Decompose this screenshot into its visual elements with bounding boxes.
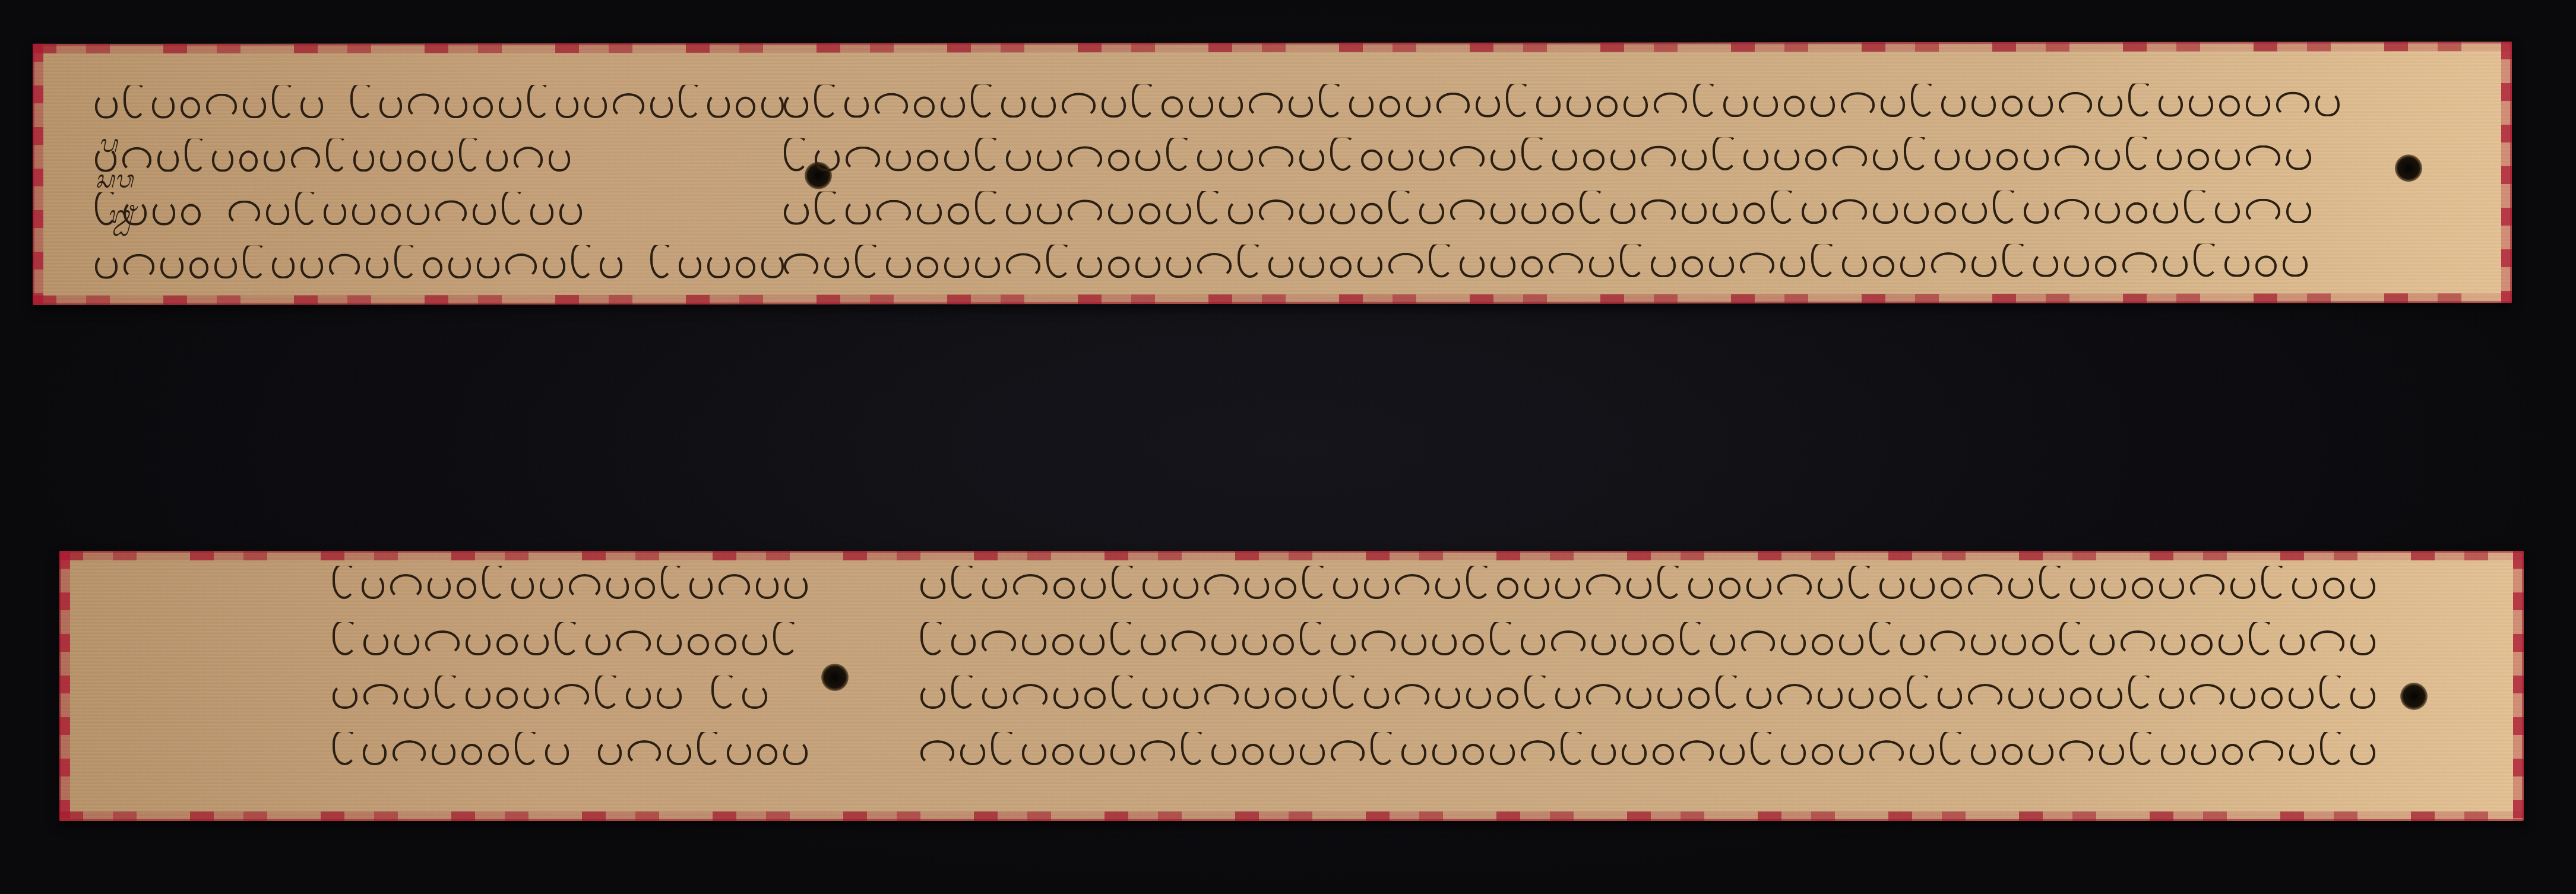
red-stained-edge [59, 551, 2524, 560]
script-text-block-left [333, 566, 808, 779]
script-line [784, 137, 2340, 175]
binding-hole [821, 664, 849, 691]
script-line [333, 732, 808, 769]
binding-hole [2395, 154, 2422, 182]
script-line [920, 676, 2375, 712]
script-line [920, 566, 2375, 603]
script-line [333, 566, 808, 603]
script-text-block-left [95, 85, 784, 281]
script-line [920, 732, 2375, 769]
script-line [333, 622, 808, 659]
red-stained-edge [33, 44, 43, 305]
binding-hole [2400, 683, 2428, 710]
script-line [95, 85, 784, 122]
red-stained-edge [59, 551, 70, 821]
script-line [784, 243, 2340, 281]
red-stained-edge [2501, 42, 2512, 303]
script-line [95, 245, 784, 283]
script-line [95, 138, 570, 176]
red-stained-edge [59, 811, 2524, 821]
palm-leaf-upper: ᬧ ᬲᬯ ᬐ [33, 42, 2512, 305]
red-stained-edge [33, 42, 2512, 53]
script-line [784, 190, 2340, 228]
red-stained-edge [2513, 551, 2524, 821]
palm-leaf-lower [59, 551, 2524, 821]
script-line [784, 83, 2340, 121]
script-line [333, 676, 808, 712]
script-line [920, 622, 2375, 659]
script-line [95, 192, 582, 229]
script-text-block-main [920, 566, 2375, 779]
script-text-block-main [784, 83, 2340, 280]
